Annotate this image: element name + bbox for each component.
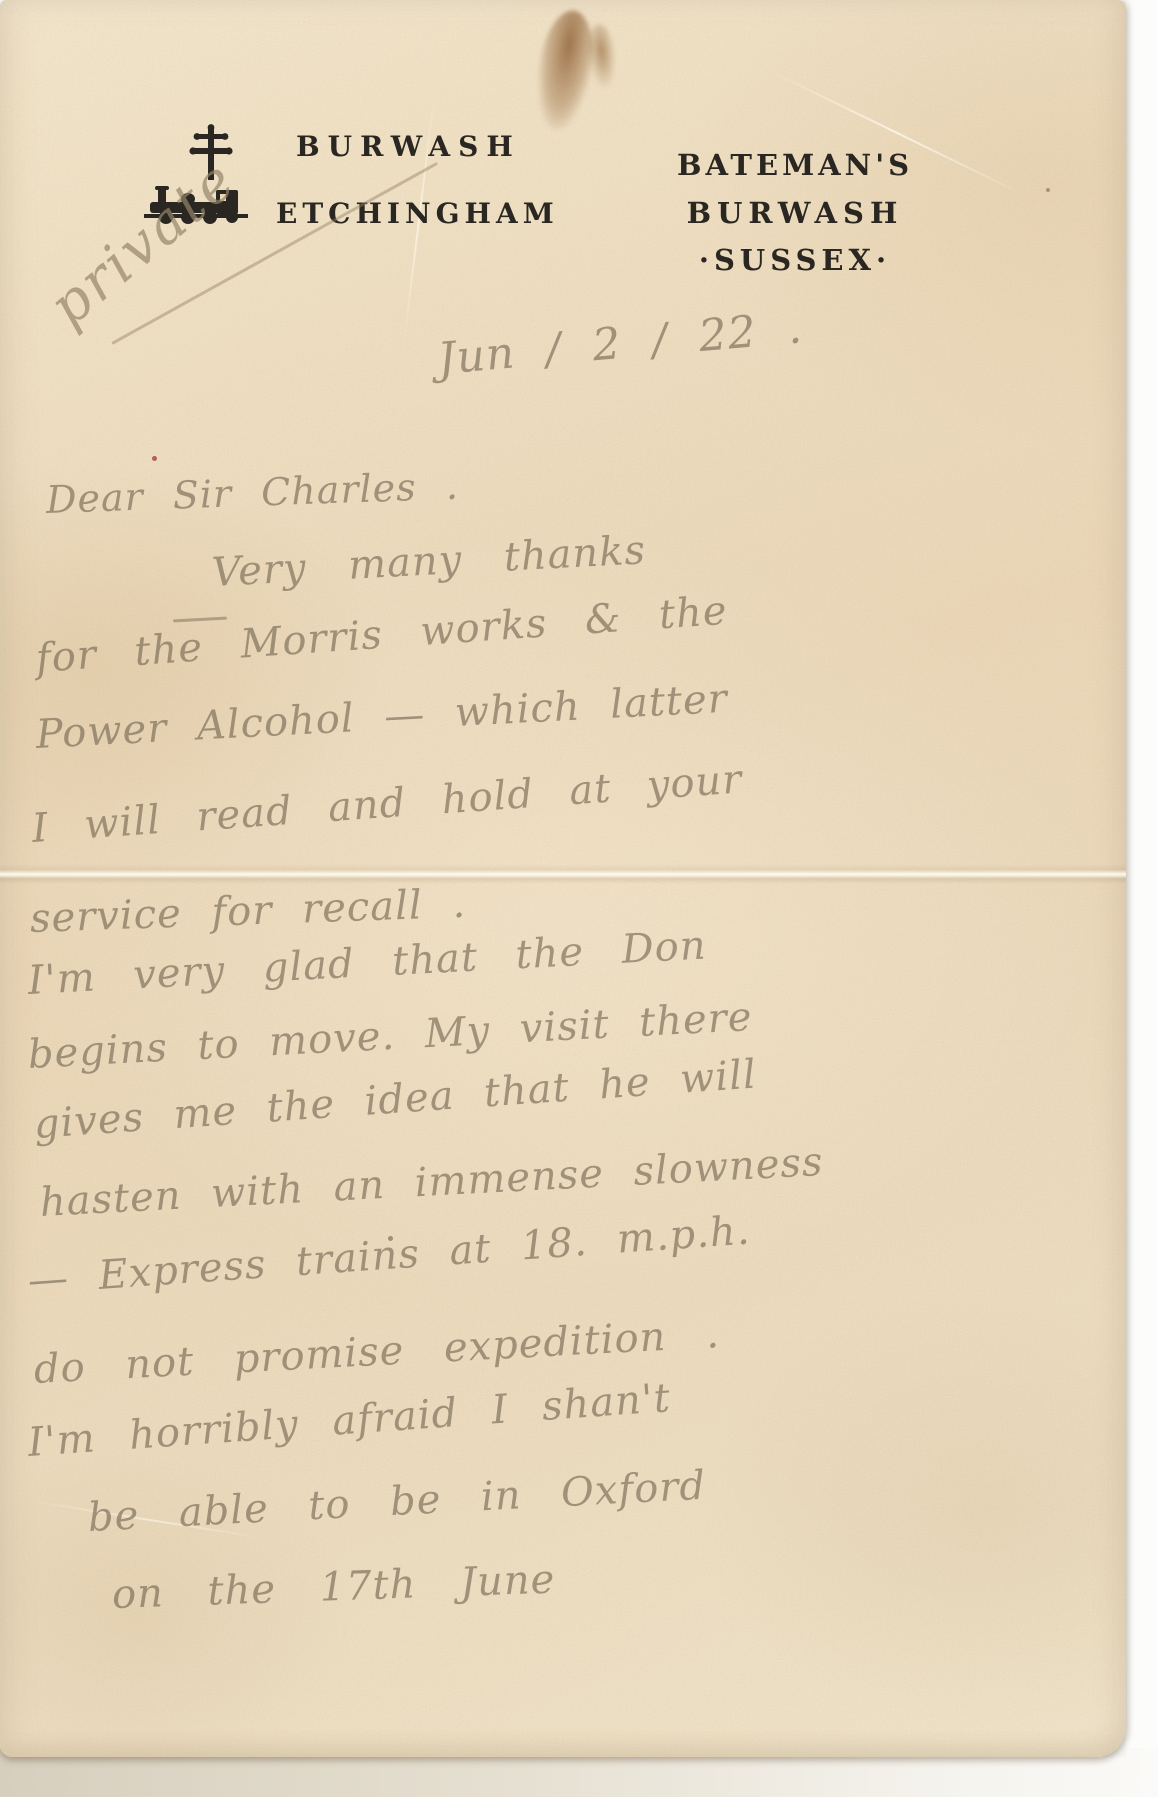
handwritten-line: for the Morris works & the (34, 588, 729, 682)
letterhead-address: BATEMAN'S BURWASH ·SUSSEX· (655, 148, 935, 277)
handwritten-line: I'm horribly afraid I shan't (26, 1375, 672, 1466)
handwritten-line: on the 17th June (111, 1557, 556, 1618)
letterhead-address-line: BURWASH (655, 196, 935, 230)
letterhead-station-burwash: BURWASH (296, 130, 521, 163)
letterhead-address-line: ·SUSSEX· (655, 243, 935, 277)
underline-stroke (173, 617, 227, 623)
handwritten-line: be able to be in Oxford (87, 1463, 707, 1541)
private-annotation: private (37, 147, 249, 340)
paper-speck (152, 456, 157, 461)
letterhead-address-line: BATEMAN'S (655, 148, 935, 182)
horizontal-fold-crease (0, 864, 1126, 884)
handwritten-line: Very many thanks (211, 527, 647, 596)
paper-speck (1046, 188, 1050, 192)
handwritten-line: I will read and hold at your (30, 756, 743, 852)
handwritten-date: Jun / 2 / 22 . (436, 302, 805, 385)
salutation-line: Dear Sir Charles . (45, 464, 459, 522)
letterhead-station-etchingham: ETCHINGHAM (276, 197, 559, 230)
handwritten-line: — Express trains at 18. m.p.h. (26, 1208, 751, 1304)
handwritten-line: Power Alcohol — which latter (35, 676, 729, 758)
letter-page: BURWASH ETCHINGHAM BATEMAN'S BURWASH ·SU… (0, 0, 1126, 1757)
handwritten-line: service for recall . (29, 881, 467, 942)
